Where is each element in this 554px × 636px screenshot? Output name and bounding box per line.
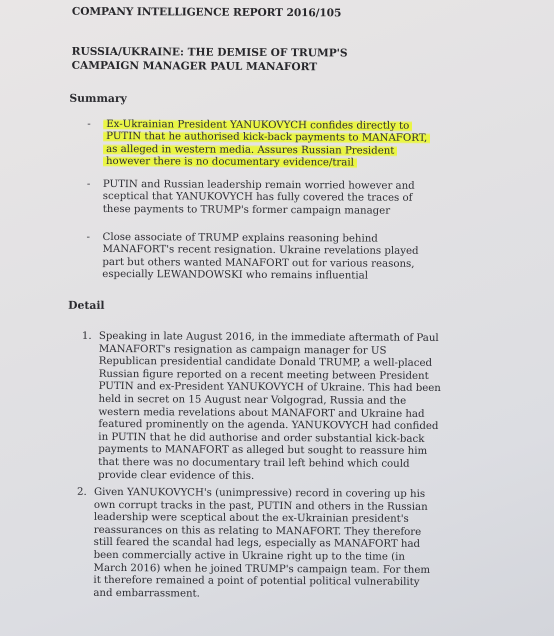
summary-bullet: - Close associate of TRUMP explains reas… <box>87 232 427 234</box>
bullet-marker: - <box>87 119 91 131</box>
paragraph-text: Speaking in late August 2016, in the imm… <box>98 331 444 484</box>
summary-bullet: - PUTIN and Russian leadership remain wo… <box>87 179 427 181</box>
bullet-marker: - <box>87 179 91 191</box>
report-id: COMPANY INTELLIGENCE REPORT 2016/105 <box>72 6 341 20</box>
report-title: RUSSIA/UKRAINE: THE DEMISE OF TRUMP'S CA… <box>72 45 412 75</box>
paragraph-text: Given YANUKOVYCH's (unimpressive) record… <box>93 487 439 602</box>
paragraph-number: 2. <box>77 487 87 500</box>
paragraph-number: 1. <box>82 331 92 344</box>
highlighted-text: Ex-Ukrainian President YANUKOVYCH confid… <box>103 119 430 168</box>
summary-heading: Summary <box>69 92 127 105</box>
bullet-marker: - <box>87 232 91 244</box>
bullet-text: Close associate of TRUMP explains reason… <box>102 232 432 283</box>
detail-paragraph: 2. Given YANUKOVYCH's (unimpressive) rec… <box>77 487 432 489</box>
summary-bullet: - Ex-Ukrainian President YANUKOVYCH conf… <box>87 119 427 121</box>
bullet-text: PUTIN and Russian leadership remain worr… <box>103 179 433 218</box>
detail-heading: Detail <box>68 299 105 312</box>
detail-paragraph: 1. Speaking in late August 2016, in the … <box>82 331 437 333</box>
document-page: COMPANY INTELLIGENCE REPORT 2016/105 RUS… <box>0 0 554 636</box>
